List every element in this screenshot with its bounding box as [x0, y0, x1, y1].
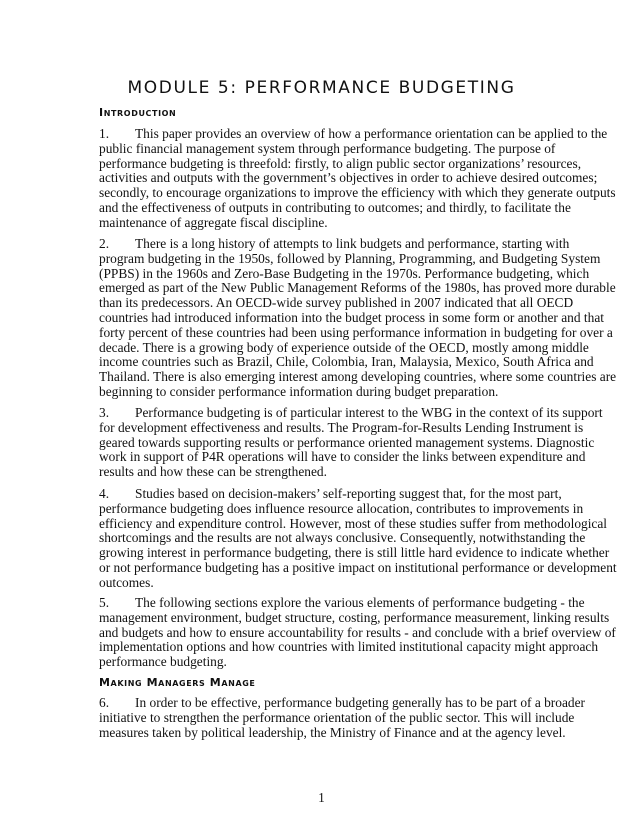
text-line: secondly, to encourage organizations to …: [99, 186, 544, 201]
text-line: outcomes.: [99, 576, 544, 591]
text-line: public financial management system throu…: [99, 142, 544, 157]
text-line: beginning to consider performance inform…: [99, 385, 544, 400]
text-line: Performance budgeting is of particular i…: [135, 405, 603, 420]
text-line: There is a long history of attempts to l…: [135, 236, 569, 251]
text-line: efficiency and expenditure control. Howe…: [99, 517, 544, 532]
text-line: performance budgeting does influence res…: [99, 502, 544, 517]
text-line: implementation options and how countries…: [99, 640, 544, 655]
text-line: decade. There is a growing body of exper…: [99, 341, 544, 356]
text-line: Thailand. There is also emerging interes…: [99, 370, 544, 385]
text-line: work in support of P4R operations will h…: [99, 450, 544, 465]
section-heading-making-managers-manage: Making Managers Manage: [99, 676, 255, 689]
text-line: for development effectiveness and result…: [99, 421, 544, 436]
text-line: forty percent of these countries had bee…: [99, 326, 544, 341]
text-line: maintenance of aggregate fiscal discipli…: [99, 216, 544, 231]
text-line: growing interest in performance budgetin…: [99, 546, 544, 561]
paragraph-5: 5.The following sections explore the var…: [99, 596, 544, 670]
paragraph-3: 3.Performance budgeting is of particular…: [99, 406, 544, 480]
section-heading-introduction: Introduction: [99, 106, 176, 119]
paragraph-6: 6.In order to be effective, performance …: [99, 696, 544, 740]
document-page: MODULE 5: PERFORMANCE BUDGETING Introduc…: [0, 0, 643, 836]
text-line: management environment, budget structure…: [99, 611, 544, 626]
page-title: MODULE 5: PERFORMANCE BUDGETING: [0, 78, 643, 98]
text-line: emerged as part of the New Public Manage…: [99, 281, 544, 296]
text-line: and the effectiveness of outputs in cont…: [99, 201, 544, 216]
text-line: and budgets and how to ensure accountabi…: [99, 626, 544, 641]
text-line: results and how these can be strengthene…: [99, 465, 544, 480]
page-number: 1: [0, 790, 643, 806]
paragraph-number: 6.: [99, 696, 135, 711]
text-line: activities and outputs with the governme…: [99, 171, 544, 186]
text-line: geared towards supporting results or per…: [99, 436, 544, 451]
paragraph-number: 5.: [99, 596, 135, 611]
paragraph-number: 2.: [99, 237, 135, 252]
text-line: performance budgeting.: [99, 655, 544, 670]
text-line: countries had introduced information int…: [99, 311, 544, 326]
text-line: This paper provides an overview of how a…: [135, 126, 607, 141]
paragraph-number: 1.: [99, 127, 135, 142]
text-line: measures taken by political leadership, …: [99, 726, 544, 741]
text-line: In order to be effective, performance bu…: [135, 695, 585, 710]
text-line: (PPBS) in the 1960s and Zero-Base Budget…: [99, 267, 544, 282]
text-line: shortcomings and the results are not alw…: [99, 531, 544, 546]
paragraph-1: 1.This paper provides an overview of how…: [99, 127, 544, 231]
text-line: initiative to strengthen the performance…: [99, 711, 544, 726]
text-line: income countries such as Brazil, Chile, …: [99, 355, 544, 370]
text-line: Studies based on decision-makers’ self-r…: [135, 486, 562, 501]
paragraph-2: 2.There is a long history of attempts to…: [99, 237, 544, 400]
paragraph-number: 3.: [99, 406, 135, 421]
text-line: or not performance budgeting has a posit…: [99, 561, 544, 576]
paragraph-number: 4.: [99, 487, 135, 502]
text-line: performance budgeting is threefold: firs…: [99, 157, 544, 172]
text-line: The following sections explore the vario…: [135, 595, 585, 610]
text-line: than its predecessors. An OECD-wide surv…: [99, 296, 544, 311]
text-line: program budgeting in the 1950s, followed…: [99, 252, 544, 267]
paragraph-4: 4.Studies based on decision-makers’ self…: [99, 487, 544, 591]
